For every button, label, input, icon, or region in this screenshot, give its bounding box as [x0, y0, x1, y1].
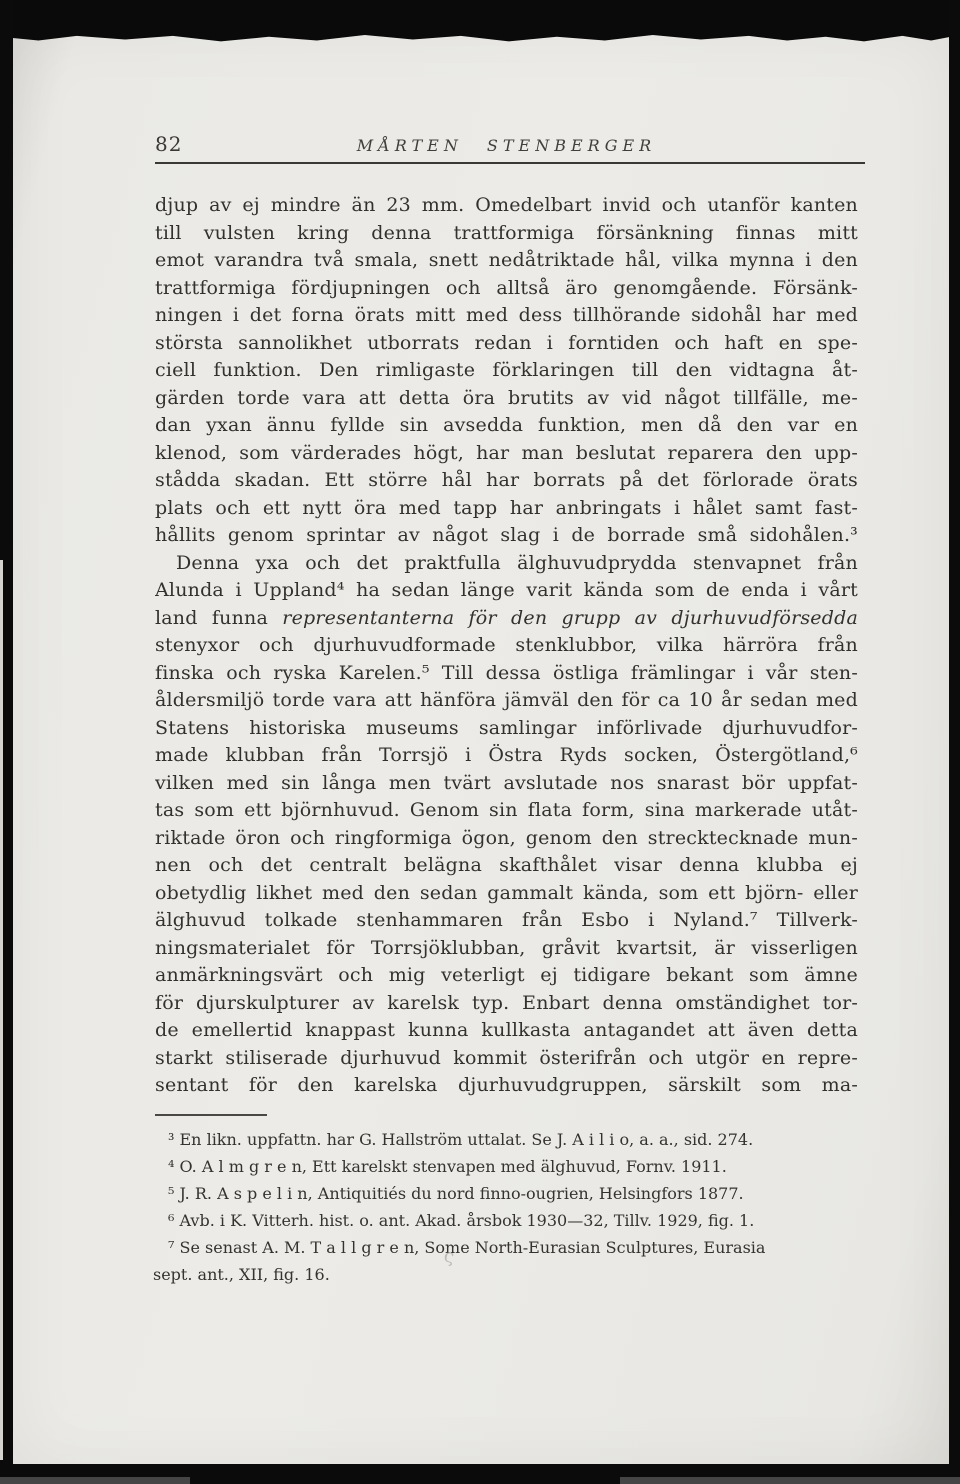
footnote-item: ⁷ Se senast A. M. T a l l g r e n, Some … [153, 1234, 863, 1261]
body-line: stenyxor och djurhuvudformade stenklubbo… [155, 632, 858, 660]
body-segment: land funna [155, 607, 282, 629]
body-line: klenod, som värderades högt, har man bes… [155, 440, 858, 468]
body-line: anmärkningsvärt och mig veterligt ej tid… [155, 962, 858, 990]
body-line: för djurskulpturer av karelsk typ. Enbar… [155, 990, 858, 1018]
body-line: made klubban från Torrsjö i Östra Ryds s… [155, 742, 858, 770]
body-line: tas som ett björnhuvud. Genom sin flata … [155, 797, 858, 825]
footnote-item: ³ En likn. uppfattn. har G. Hallström ut… [153, 1126, 863, 1153]
body-line: till vulsten kring denna trattformiga fö… [155, 220, 858, 248]
header-rule [155, 162, 865, 164]
footnotes: ³ En likn. uppfattn. har G. Hallström ut… [153, 1126, 863, 1288]
body-line: djup av ej mindre än 23 mm. Omedelbart i… [155, 192, 858, 220]
body-line: Alunda i Uppland⁴ ha sedan länge varit k… [155, 577, 858, 605]
running-title: MÅRTEN STENBERGER [155, 136, 858, 155]
footnote-item: ⁶ Avb. i K. Vitterh. hist. o. ant. Akad.… [153, 1207, 863, 1234]
scan-border-bottom-segment [190, 1477, 620, 1484]
body-line: ciell funktion. Den rimligaste förklarin… [155, 357, 858, 385]
body-line: Statens historiska museums samlingar inf… [155, 715, 858, 743]
body-line: riktade öron och ringformiga ögon, genom… [155, 825, 858, 853]
body-line: åldersmiljö torde vara att hänföra jämvä… [155, 687, 858, 715]
body-line: dan yxan ännu fyllde sin avsedda funktio… [155, 412, 858, 440]
page-surface: 82 MÅRTEN STENBERGER djup av ej mindre ä… [13, 28, 949, 1466]
scan-edge-sliver [0, 560, 3, 1460]
body-line: plats och ett nytt öra med tapp har anbr… [155, 495, 858, 523]
footnote-continuation: sept. ant., XII, fig. 16. [153, 1261, 863, 1288]
body-line: de emellertid knappast kunna kullkasta a… [155, 1017, 858, 1045]
body-line: ningen i det forna örats mitt med dess t… [155, 302, 858, 330]
body-line: emot varandra två smala, snett nedåtrikt… [155, 247, 858, 275]
body-line: stådda skadan. Ett större hål har borrat… [155, 467, 858, 495]
body-line: starkt stiliserade djurhuvud kommit öste… [155, 1045, 858, 1073]
emphasized-text: representanterna för den grupp av djurhu… [282, 607, 858, 629]
body-line: älghuvud tolkade stenhammaren från Esbo … [155, 907, 858, 935]
scanned-page: 82 MÅRTEN STENBERGER djup av ej mindre ä… [0, 0, 960, 1484]
footnote-separator [155, 1114, 267, 1116]
body-line: sentant för den karelska djurhuvudgruppe… [155, 1072, 858, 1100]
body-line: ningsmaterialet för Torrsjöklubban, gråv… [155, 935, 858, 963]
footnote-item: ⁴ O. A l m g r e n, Ett karelskt stenvap… [153, 1153, 863, 1180]
body-line: gärden torde vara att detta öra brutits … [155, 385, 858, 413]
body-line: land funna representanterna för den grup… [155, 605, 858, 633]
body-line: trattformiga fördjupningen och alltså är… [155, 275, 858, 303]
footnote-item: ⁵ J. R. A s p e l i n, Antiquitiés du no… [153, 1180, 863, 1207]
body-line: finska och ryska Karelen.⁵ Till dessa ös… [155, 660, 858, 688]
body-line: hållits genom sprintar av något slag i d… [155, 522, 858, 550]
body-line: vilken med sin långa men tvärt avslutade… [155, 770, 858, 798]
scan-border-right [949, 0, 960, 1484]
body-line: största sannolikhet utborrats redan i fo… [155, 330, 858, 358]
body-line: obetydlig likhet med den sedan gammalt k… [155, 880, 858, 908]
body-line: nen och det centralt belägna skafthålet … [155, 852, 858, 880]
body-text: djup av ej mindre än 23 mm. Omedelbart i… [155, 192, 858, 1100]
body-line: Denna yxa och det praktfulla älghuvudpry… [155, 550, 858, 578]
